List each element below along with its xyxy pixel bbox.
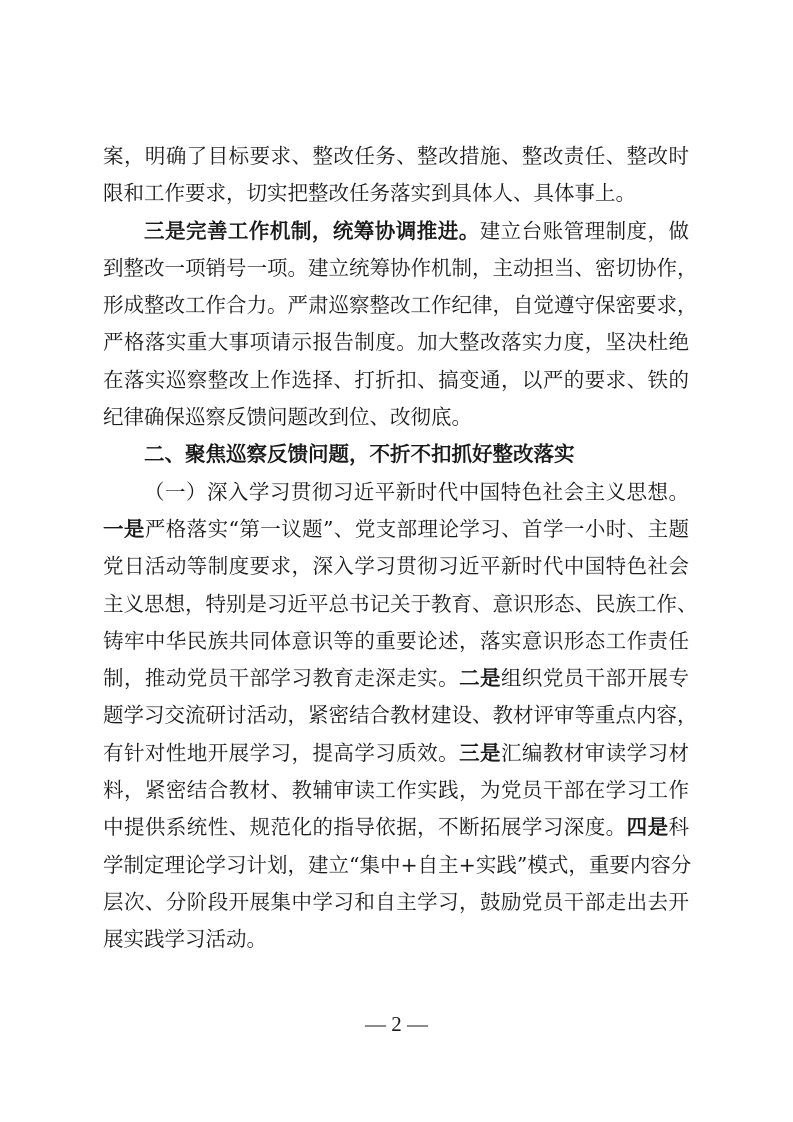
text-line: 三是完善工作机制，统筹协调推进。建立台账管理制度，做 — [103, 213, 689, 250]
text-line: 层次、分阶段开展集中学习和自主学习，鼓励党员干部走出去开 — [103, 884, 689, 921]
text-line: 限和工作要求，切实把整改任务落实到具体人、具体事上。 — [103, 175, 689, 212]
text-run: 有针对性地开展学习，提高学习质效。 — [103, 741, 459, 765]
item-lead-bold: 三是 — [459, 741, 501, 765]
document-body: 案，明确了目标要求、整改任务、整改措施、整改责任、整改时 限和工作要求，切实把整… — [103, 138, 689, 959]
text-line: 主义思想，特别是习近平总书记关于教育、意识形态、民族工作、 — [103, 586, 689, 623]
document-page: 案，明确了目标要求、整改任务、整改措施、整改责任、整改时 限和工作要求，切实把整… — [0, 0, 793, 1122]
page-number: — 2 — — [0, 1012, 793, 1037]
text-line: 学制定理论学习计划，建立“集中+自主+实践”模式，重要内容分 — [103, 847, 689, 884]
paragraph-lead-bold: 三是完善工作机制，统筹协调推进。 — [144, 219, 480, 243]
text-line: 料，紧密结合教材、教辅审读工作实践，为党员干部在学习工作 — [103, 772, 689, 809]
text-run: 汇编教材审读学习材 — [501, 741, 689, 765]
item-lead-bold: 四是 — [627, 815, 669, 839]
item-lead-bold: 一是 — [103, 517, 145, 541]
text-line: 案，明确了目标要求、整改任务、整改措施、整改责任、整改时 — [103, 138, 689, 175]
text-line: 形成整改工作合力。严肃巡察整改工作纪律，自觉遵守保密要求， — [103, 287, 689, 324]
text-line: 有针对性地开展学习，提高学习质效。三是汇编教材审读学习材 — [103, 735, 689, 772]
text-run: 严格落实“第一议题”、党支部理论学习、首学一小时、主题 — [145, 517, 689, 541]
text-line: 严格落实重大事项请示报告制度。加大整改落实力度，坚决杜绝 — [103, 324, 689, 361]
text-line: 铸牢中华民族共同体意识等的重要论述，落实意识形态工作责任 — [103, 623, 689, 660]
item-lead-bold: 二是 — [459, 666, 501, 690]
text-run: 建立台账管理制度，做 — [480, 219, 689, 243]
text-line: 在落实巡察整改上作选择、打折扣、搞变通，以严的要求、铁的 — [103, 362, 689, 399]
subheading-line: （一）深入学习贯彻习近平新时代中国特色社会主义思想。 — [103, 474, 689, 511]
text-line: 一是严格落实“第一议题”、党支部理论学习、首学一小时、主题 — [103, 511, 689, 548]
text-line: 党日活动等制度要求，深入学习贯彻习近平新时代中国特色社会 — [103, 548, 689, 585]
text-line: 到整改一项销号一项。建立统筹协作机制，主动担当、密切协作， — [103, 250, 689, 287]
text-line: 中提供系统性、规范化的指导依据，不断拓展学习深度。四是科 — [103, 809, 689, 846]
text-run: 组织党员干部开展专 — [501, 666, 689, 690]
text-line: 展实践学习活动。 — [103, 921, 689, 958]
text-line: 纪律确保巡察反馈问题改到位、改彻底。 — [103, 399, 689, 436]
section-heading: 二、聚焦巡察反馈问题，不折不扣抓好整改落实 — [103, 436, 689, 473]
text-run: 中提供系统性、规范化的指导依据，不断拓展学习深度。 — [103, 815, 627, 839]
text-run: 制，推动党员干部学习教育走深走实。 — [103, 666, 459, 690]
text-run: 科 — [669, 815, 690, 839]
text-line: 题学习交流研讨活动，紧密结合教材建设、教材评审等重点内容， — [103, 697, 689, 734]
text-line: 制，推动党员干部学习教育走深走实。二是组织党员干部开展专 — [103, 660, 689, 697]
